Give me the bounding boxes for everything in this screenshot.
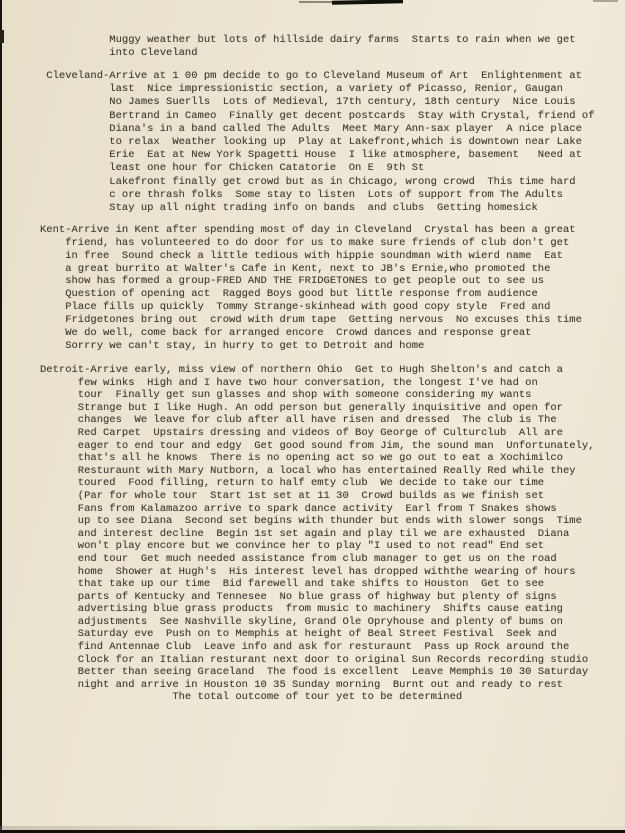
scan-edge-left	[0, 0, 2, 833]
section-cleveland: Cleveland-Arrive at 1 00 pm decide to go…	[40, 70, 595, 215]
paragraph-intro: Muggy weather but lots of hillside dairy…	[40, 34, 576, 60]
section-kent: Kent-Arrive in Kent after spending most …	[40, 224, 582, 352]
section-detroit: Detroit-Arrive early, miss view of north…	[40, 364, 595, 704]
scan-artifact-top-right	[593, 0, 618, 2]
scanned-page: Muggy weather but lots of hillside dairy…	[0, 0, 625, 833]
scan-artifact-top-bar	[332, 0, 403, 5]
paper-bottom-shadow	[0, 826, 625, 830]
scan-edge-left-notch	[0, 30, 4, 43]
scan-artifact-top-lead	[299, 1, 333, 3]
